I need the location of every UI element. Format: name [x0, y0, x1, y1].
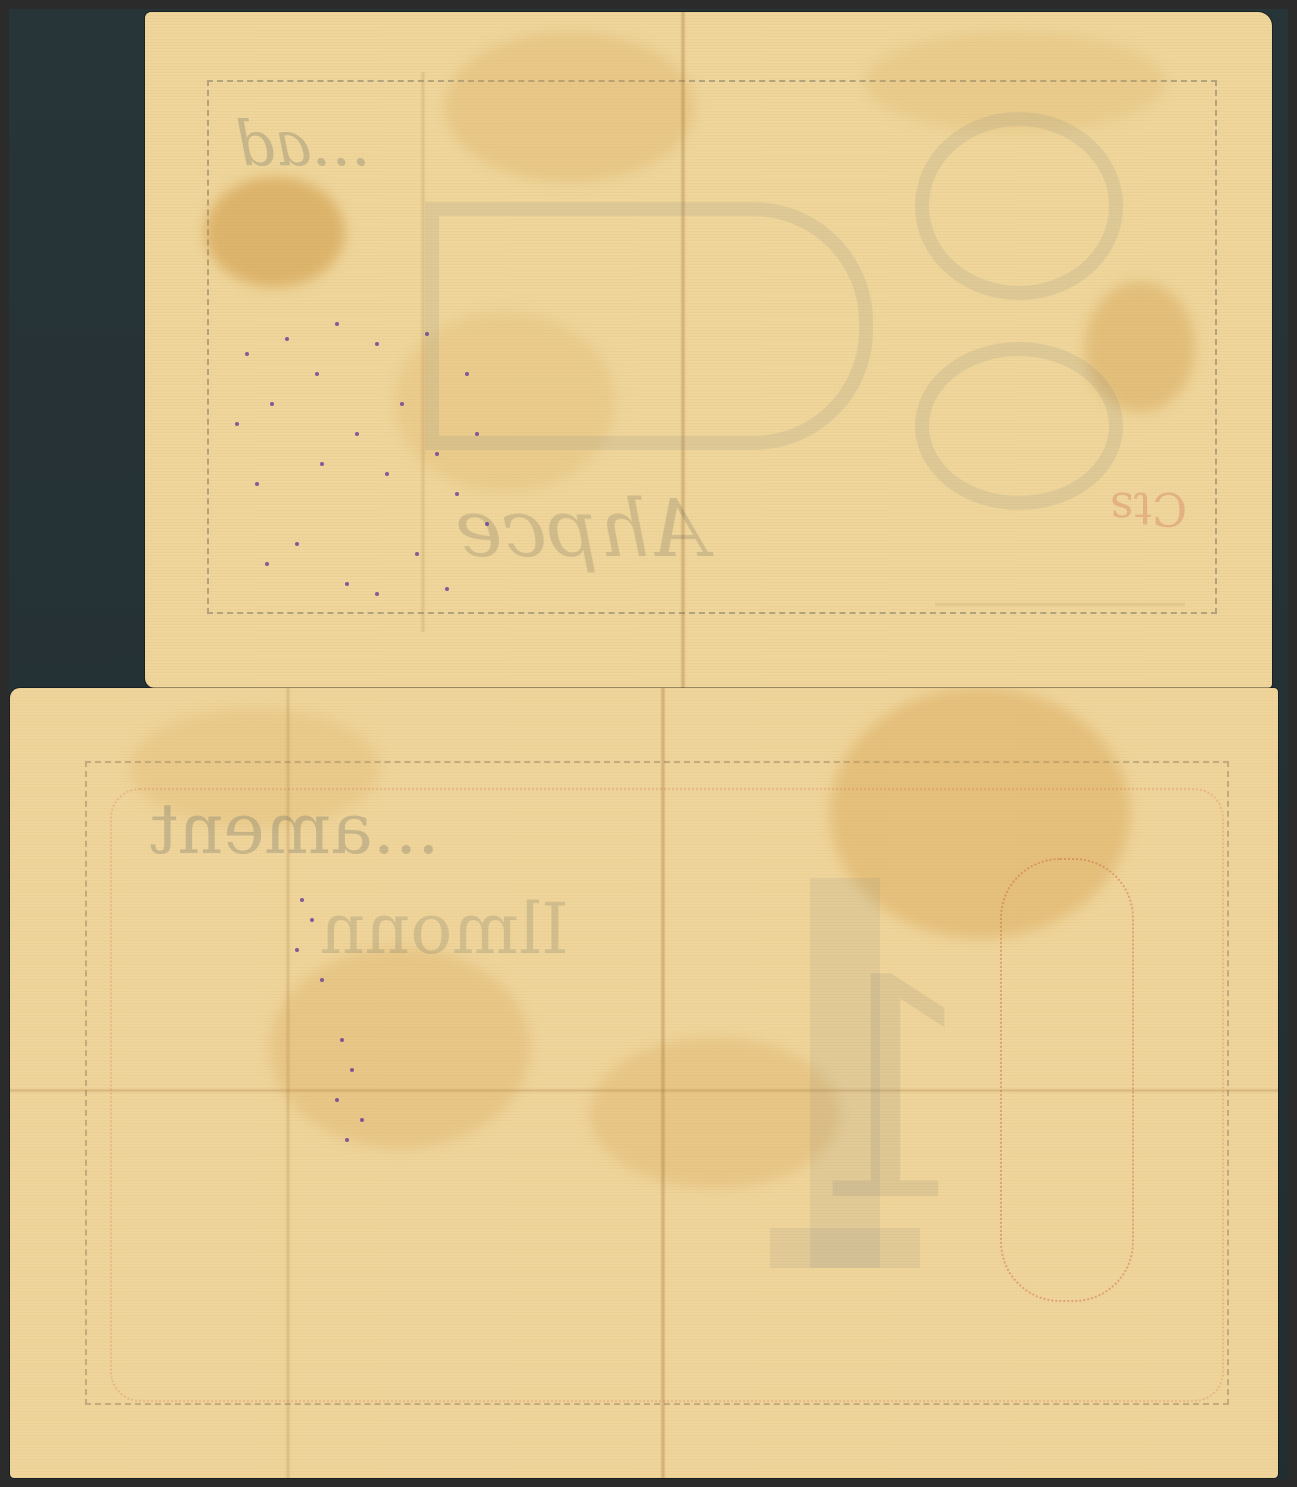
purple-ink-stamp	[280, 888, 400, 1148]
printer-imprint-line	[935, 602, 1185, 607]
purple-ink-stamp	[225, 312, 505, 612]
red-ornament-outline	[110, 788, 1224, 1402]
mirrored-numeral-outline	[915, 342, 1123, 510]
mirrored-script-text: ...ad	[235, 107, 371, 180]
water-stain	[205, 177, 345, 287]
upper-banknote: ...ad Cts Ahpce	[145, 12, 1272, 688]
water-stain	[445, 32, 695, 182]
mirrored-numeral-outline	[915, 112, 1123, 300]
mirrored-value-text: Cts	[1110, 482, 1187, 536]
lower-banknote: ...ament Ilmonn 1	[10, 688, 1278, 1478]
